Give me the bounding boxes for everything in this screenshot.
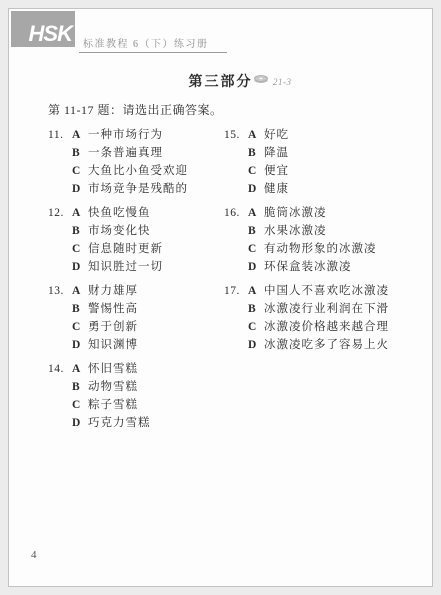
option-label: C [248,162,264,180]
option-text: 警惕性高 [88,300,138,318]
option-text: 市场变化快 [88,222,151,240]
header-divider [79,52,227,53]
option-row: B冰激凌行业利润在下滑 [224,300,389,318]
section-title: 第三部分 [9,71,432,91]
booklet-title: 标准教程 6（下）练习册 [83,35,209,50]
option-label: D [72,414,88,432]
question-column-right: 15.A好吃B降温C便宜D健康16.A脆筒冰激凌B水果冰激凌C有动物形象的冰激凌… [224,126,389,360]
option-row: D知识胜过一切 [48,258,188,276]
option-label: D [248,258,264,276]
option-label: A [72,126,88,144]
option-row: D知识渊博 [48,336,188,354]
option-row: C粽子雪糕 [48,396,188,414]
option-label: D [72,258,88,276]
question-block: 14.A怀旧雪糕B动物雪糕C粽子雪糕D巧克力雪糕 [48,360,188,432]
option-text: 信息随时更新 [88,240,163,258]
option-row: C有动物形象的冰激凌 [224,240,389,258]
option-row: B一条普遍真理 [48,144,188,162]
option-label: B [248,222,264,240]
audio-disc-icon [253,73,269,91]
option-text: 一种市场行为 [88,126,163,144]
question-block: 17.A中国人不喜欢吃冰激凌B冰激凌行业利润在下滑C冰激凌价格越来越合理D冰激凌… [224,282,389,354]
question-column-left: 11.A一种市场行为B一条普遍真理C大鱼比小鱼受欢迎D市场竞争是残酷的12.A快… [48,126,188,438]
section-header: 第三部分 21-3 [9,71,432,91]
option-row: B市场变化快 [48,222,188,240]
option-row: C便宜 [224,162,389,180]
question-number: 17. [224,282,248,300]
option-text: 一条普遍真理 [88,144,163,162]
page-number: 4 [31,549,37,561]
option-label: D [248,180,264,198]
option-label: C [72,162,88,180]
option-label: D [72,336,88,354]
question-block: 11.A一种市场行为B一条普遍真理C大鱼比小鱼受欢迎D市场竞争是残酷的 [48,126,188,198]
option-text: 便宜 [264,162,289,180]
option-text: 健康 [264,180,289,198]
question-block: 13.A财力雄厚B警惕性高C勇于创新D知识渊博 [48,282,188,354]
option-text: 粽子雪糕 [88,396,138,414]
option-text: 冰激凌吃多了容易上火 [264,336,389,354]
option-text: 怀旧雪糕 [88,360,138,378]
option-row: C勇于创新 [48,318,188,336]
option-row: 11.A一种市场行为 [48,126,188,144]
question-number: 14. [48,360,72,378]
option-text: 动物雪糕 [88,378,138,396]
option-row: B警惕性高 [48,300,188,318]
option-row: 14.A怀旧雪糕 [48,360,188,378]
option-text: 中国人不喜欢吃冰激凌 [264,282,389,300]
option-text: 有动物形象的冰激凌 [264,240,377,258]
hsk-logo-block: HSK [11,11,75,47]
question-number: 16. [224,204,248,222]
option-row: D健康 [224,180,389,198]
option-row: D环保盒装冰激凌 [224,258,389,276]
option-text: 知识胜过一切 [88,258,163,276]
option-text: 好吃 [264,126,289,144]
option-row: C信息随时更新 [48,240,188,258]
question-block: 16.A脆筒冰激凌B水果冰激凌C有动物形象的冰激凌D环保盒装冰激凌 [224,204,389,276]
option-text: 大鱼比小鱼受欢迎 [88,162,188,180]
option-label: B [72,378,88,396]
hsk-logo: HSK [29,24,72,44]
option-label: B [72,222,88,240]
option-row: 16.A脆筒冰激凌 [224,204,389,222]
question-block: 15.A好吃B降温C便宜D健康 [224,126,389,198]
option-text: 降温 [264,144,289,162]
option-label: A [72,360,88,378]
option-text: 水果冰激凌 [264,222,327,240]
option-row: D巧克力雪糕 [48,414,188,432]
workbook-page: HSK 标准教程 6（下）练习册 第三部分 21-3 第 11-17 题：请选出… [8,8,433,587]
option-text: 市场竞争是残酷的 [88,180,188,198]
option-label: C [72,240,88,258]
option-label: B [248,300,264,318]
question-number: 15. [224,126,248,144]
option-label: C [72,396,88,414]
option-text: 冰激凌价格越来越合理 [264,318,389,336]
option-row: 13.A财力雄厚 [48,282,188,300]
option-label: B [72,300,88,318]
audio-track-label: 21-3 [273,77,292,87]
option-text: 勇于创新 [88,318,138,336]
option-row: 12.A快鱼吃慢鱼 [48,204,188,222]
option-text: 快鱼吃慢鱼 [88,204,151,222]
option-label: A [72,282,88,300]
option-label: C [248,240,264,258]
option-label: D [72,180,88,198]
question-number: 13. [48,282,72,300]
question-block: 12.A快鱼吃慢鱼B市场变化快C信息随时更新D知识胜过一切 [48,204,188,276]
option-text: 环保盒装冰激凌 [264,258,352,276]
option-row: C大鱼比小鱼受欢迎 [48,162,188,180]
option-label: A [248,204,264,222]
option-row: B降温 [224,144,389,162]
option-text: 冰激凌行业利润在下滑 [264,300,389,318]
option-label: B [248,144,264,162]
option-text: 脆筒冰激凌 [264,204,327,222]
option-label: C [248,318,264,336]
question-number: 12. [48,204,72,222]
option-label: A [72,204,88,222]
option-text: 财力雄厚 [88,282,138,300]
option-row: 17.A中国人不喜欢吃冰激凌 [224,282,389,300]
option-text: 知识渊博 [88,336,138,354]
option-row: D冰激凌吃多了容易上火 [224,336,389,354]
option-label: B [72,144,88,162]
option-row: C冰激凌价格越来越合理 [224,318,389,336]
instruction-text: 第 11-17 题：请选出正确答案。 [48,101,223,118]
question-number: 11. [48,126,72,144]
option-row: 15.A好吃 [224,126,389,144]
option-label: C [72,318,88,336]
audio-track-group: 21-3 [253,73,292,91]
option-text: 巧克力雪糕 [88,414,151,432]
option-row: D市场竞争是残酷的 [48,180,188,198]
option-label: D [248,336,264,354]
option-label: A [248,282,264,300]
option-row: B动物雪糕 [48,378,188,396]
option-row: B水果冰激凌 [224,222,389,240]
option-label: A [248,126,264,144]
